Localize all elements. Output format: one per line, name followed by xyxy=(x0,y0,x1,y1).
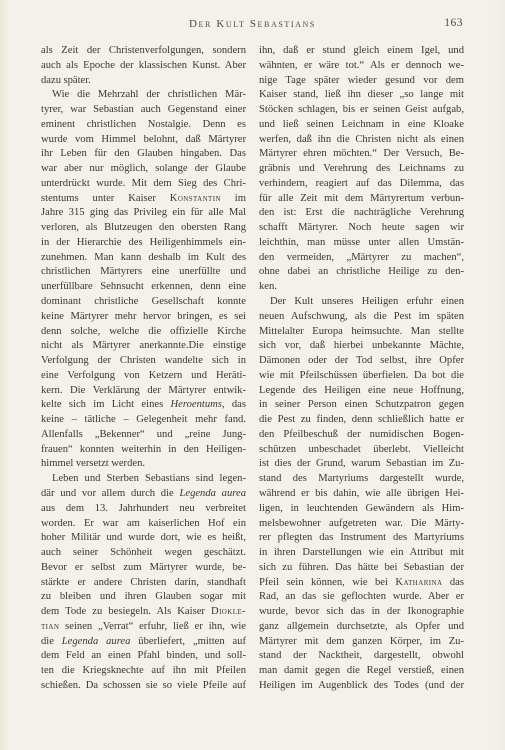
text-line: hoher Militär und wurde dort, wie es hei… xyxy=(41,531,246,546)
text-line: nige Tage später wieder gesund vor dem xyxy=(259,74,464,89)
text-segment: die xyxy=(41,636,62,647)
text-line: man damit gegen die Regel verstieß, eine… xyxy=(259,664,464,679)
text-line: in der Hierarchie des Heiligenhimmels ei… xyxy=(41,236,246,251)
text-line: auch als Epoche der klassischen Kunst. A… xyxy=(41,59,246,74)
text-column-left: als Zeit der Christenverfolgungen, sonde… xyxy=(41,44,246,694)
text-line: ist dies der Grund, warum Sebastian im Z… xyxy=(259,457,464,472)
text-line: Pfeil sein können, wie bei Katharina das xyxy=(259,576,464,591)
text-line: wähnten, er wäre tot.“ Als er dennoch we… xyxy=(259,59,464,74)
italic-text: Heroentums xyxy=(171,399,222,410)
text-line: stand des Martyriums dargestellt wurde, xyxy=(259,472,464,487)
text-line: war aber nur möglich, solange der Glaube xyxy=(41,162,246,177)
text-line: denn solche, welche die offizielle Kirch… xyxy=(41,325,246,340)
text-line: ken. xyxy=(259,280,464,295)
text-line: eminent christlichen Nostalgie. Denn es xyxy=(41,118,246,133)
text-line: Dämonen oder der Tod selbst, ihre Opfer xyxy=(259,354,464,369)
text-line: stand der Nacktheit, dargestellt, obwohl xyxy=(259,649,464,664)
italic-text: Legenda aurea xyxy=(62,636,131,647)
text-segment: där und vor allem durch die xyxy=(41,488,179,499)
text-line: ligen, in leuchtenden Gewändern als Him- xyxy=(259,502,464,517)
text-line: Der Kult unseres Heiligen erfuhr einen xyxy=(259,295,464,310)
text-line: als Zeit der Christenverfolgungen, sonde… xyxy=(41,44,246,59)
text-line: auch seiner Schönheit wegen geschätzt. xyxy=(41,546,246,561)
text-line: nicht als Märtyrer anerkannte.Die einsti… xyxy=(41,339,246,354)
text-line: wurde, bevor sich das in der Ikonographi… xyxy=(259,605,464,620)
text-line: Wie die Mehrzahl der christlichen Mär- xyxy=(41,88,246,103)
smallcaps-text: Katharina xyxy=(395,577,442,588)
text-line: zunehmen. Man kann deshalb im Kult des xyxy=(41,251,246,266)
text-column-right: ihn, daß er stund gleich einem Igel, und… xyxy=(259,44,464,694)
text-line: melsbewohner aufgetreten war. Die Märty- xyxy=(259,517,464,532)
text-block: als Zeit der Christenverfolgungen, sonde… xyxy=(41,44,464,694)
text-line: dominant christliche Gesellschaft konnte xyxy=(41,295,246,310)
text-line: wie mit Pfeilschüssen überfielen. Da bot… xyxy=(259,369,464,384)
text-line: zu bleiben und ihren Glauben sogar mit xyxy=(41,590,246,605)
italic-text: Legenda aurea xyxy=(179,488,246,499)
text-line: verhindern, reagiert auf das Dilemma, da… xyxy=(259,177,464,192)
text-line: für alle Zeit mit dem Märtyrertum verbun… xyxy=(259,192,464,207)
text-line: während er bis dahin, wie alle übrigen H… xyxy=(259,487,464,502)
text-segment: , das xyxy=(222,399,246,410)
text-line: Bevor er selbst zum Märtyrer wurde, be- xyxy=(41,561,246,576)
page-number: 163 xyxy=(444,17,463,29)
text-line: die Pest zu finden, denn schließlich hat… xyxy=(259,413,464,428)
text-line: ihn, daß er stund gleich einem Igel, und xyxy=(259,44,464,59)
text-line: werfen, daß ihn die Christen nicht als e… xyxy=(259,133,464,148)
text-segment: im xyxy=(221,193,246,204)
smallcaps-text: Konstantin xyxy=(170,193,221,204)
text-segment: das xyxy=(442,577,464,588)
text-line: unerfüllbare Sehnsucht erkennen, denn ei… xyxy=(41,280,246,295)
text-line: dem Feld an einen Pfahl binden, und soll… xyxy=(41,649,246,664)
text-line: Rad, an das sie geflochten wurde. Aber e… xyxy=(259,590,464,605)
running-head-title: Der Kult Sebastians xyxy=(0,18,505,30)
text-line: kelte sich im Licht eines Heroentums, da… xyxy=(41,398,246,413)
text-line: Verfolgung der Christen wandelte sich in xyxy=(41,354,246,369)
text-line: in ihren Darstellungen wie ein Attribut … xyxy=(259,546,464,561)
text-line: ganz allgemein durchsetzte, als Opfer un… xyxy=(259,620,464,635)
text-line: wurde vom Himmel belohnt, daß Märtyrer xyxy=(41,133,246,148)
text-line: keine – tätliche – Gelegenheit mehr fand… xyxy=(41,413,246,428)
text-line: Märtyrer mit dem ganzen Körper, im Zu- xyxy=(259,635,464,650)
text-segment: überliefert, „mitten auf xyxy=(130,636,246,647)
text-line: schießen. Da schossen sie so viele Pfeil… xyxy=(41,679,246,694)
text-line: leichthin, man müsse unter allen Umstän- xyxy=(259,236,464,251)
text-line: stärkte er andere Christen darin, standh… xyxy=(41,576,246,591)
text-line: Märtyrer ehren möchten.“ Der Versuch, Be… xyxy=(259,147,464,162)
text-line: in seiner Person einen Schutzpatron gege… xyxy=(259,398,464,413)
text-line: den vermeiden, „Märtyrer zu machen“, xyxy=(259,251,464,266)
text-line: Leben und Sterben Sebastians sind legen- xyxy=(41,472,246,487)
text-line: eine Verfolgung von Ketzern und Heräti- xyxy=(41,369,246,384)
text-line: christlichen Märtyrers eine unerfüllte u… xyxy=(41,265,246,280)
text-line: die Legenda aurea überliefert, „mitten a… xyxy=(41,635,246,650)
text-line: keine Märtyrer mehr hervor bringen, es s… xyxy=(41,310,246,325)
text-line: tian seinen „Verrat“ erfuhr, ließ er ihn… xyxy=(41,620,246,635)
text-segment: Pfeil sein können, wie bei xyxy=(259,577,395,588)
text-line: und ließ seinen Leichnam in eine Kloake xyxy=(259,118,464,133)
text-line: aus dem 13. Jahrhundert neu verbreitet xyxy=(41,502,246,517)
text-segment: seinen „Verrat“ erfuhr, ließ er ihn, wie xyxy=(59,621,246,632)
text-line: tyrer, war Sebastian auch Gegenstand ein… xyxy=(41,103,246,118)
text-line: den Pfeilbeschuß der numidischen Bogen- xyxy=(259,428,464,443)
book-page: Der Kult Sebastians 163 als Zeit der Chr… xyxy=(0,0,505,750)
text-line: sich vor, daß hierbei unbekannte Mächte, xyxy=(259,339,464,354)
text-line: neuen Aufschwung, als die Pest im späten xyxy=(259,310,464,325)
text-line: himmel versetzt werden. xyxy=(41,457,246,472)
text-line: rer pflegten das Instrument des Martyriu… xyxy=(259,531,464,546)
text-line: kern. Die Verklärung der Märtyrer entwik… xyxy=(41,384,246,399)
text-segment: kelte sich im Licht eines xyxy=(41,399,171,410)
text-line: schützen unbeschadet überlebt. Vielleich… xyxy=(259,443,464,458)
text-line: Legende des Heiligen eine neue Hoffnung, xyxy=(259,384,464,399)
text-line: Stöcken schlagen, bis er seinen Geist au… xyxy=(259,103,464,118)
text-line: ten die Kriegsknechte auf ihn mit Pfeile… xyxy=(41,664,246,679)
text-line: Kaiser stand, ließ ihn dieser „so lange … xyxy=(259,88,464,103)
text-segment: dem Tode zu besiegeln. Als Kaiser xyxy=(41,606,211,617)
text-line: schafft Märtyrer. Noch heute sagen wir xyxy=(259,221,464,236)
text-line: frauen“ konnten weiterhin in den Heilige… xyxy=(41,443,246,458)
smallcaps-text: Diokle- xyxy=(211,606,246,617)
text-line: dazu später. xyxy=(41,74,246,89)
text-line: gräbnis und Verehrung des Leichnams zu xyxy=(259,162,464,177)
text-line: Heiligen im Augenblick des Todes (und de… xyxy=(259,679,464,694)
text-line: sich zu führen. Das hätte bei Sebastian … xyxy=(259,561,464,576)
text-line: Mittelalter Europa heimsuchte. Man stell… xyxy=(259,325,464,340)
text-segment: stentums unter Kaiser xyxy=(41,193,170,204)
text-line: den ist: Erst die nachträgliche Verehrun… xyxy=(259,206,464,221)
text-line: ohne dabei an christliche Heilige zu den… xyxy=(259,265,464,280)
text-line: worden. Er war am kaiserlichen Hof ein xyxy=(41,517,246,532)
smallcaps-text: tian xyxy=(41,621,59,632)
text-line: verloren, als Blutzeugen den obersten Ra… xyxy=(41,221,246,236)
text-line: Jahre 315 ging das Privileg ein für alle… xyxy=(41,206,246,221)
text-line: stentums unter Kaiser Konstantin im xyxy=(41,192,246,207)
text-line: där und vor allem durch die Legenda aure… xyxy=(41,487,246,502)
text-line: ihr Leben für den Glauben hingaben. Das xyxy=(41,147,246,162)
text-line: dem Tode zu besiegeln. Als Kaiser Diokle… xyxy=(41,605,246,620)
text-line: unterdrückt wurde. Mit dem Sieg des Chri… xyxy=(41,177,246,192)
text-line: Allenfalls „Bekenner“ und „reine Jung- xyxy=(41,428,246,443)
